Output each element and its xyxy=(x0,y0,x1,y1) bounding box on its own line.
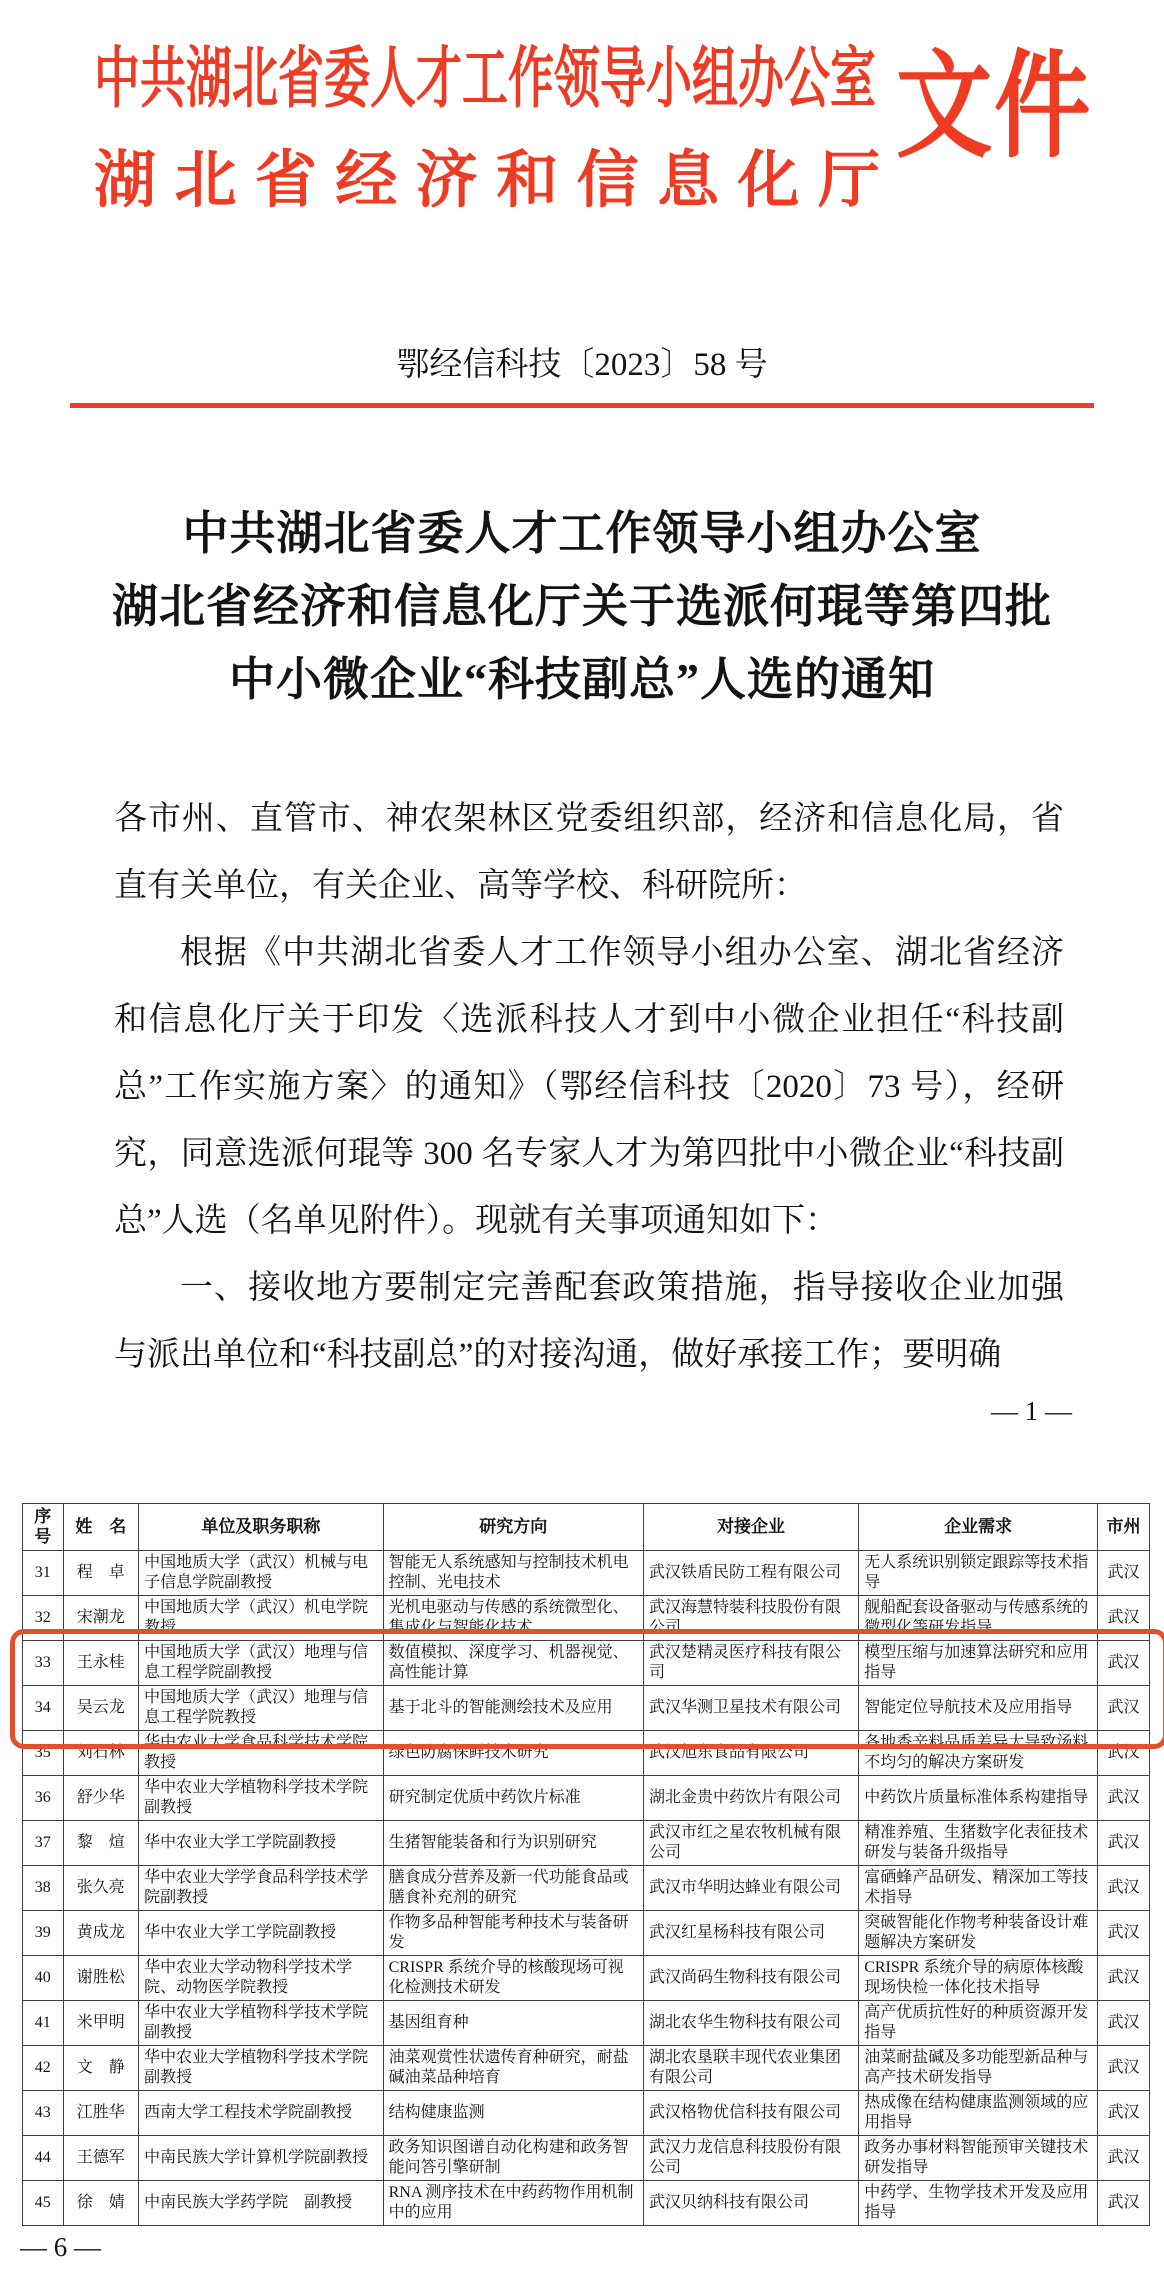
letterhead-doc-word: 文件 xyxy=(896,50,1092,166)
table-cell: 华中农业大学动物科学技术学院、动物医学院教授 xyxy=(139,1956,384,2001)
table-row: 39黄成龙华中农业大学工学院副教授作物多品种智能考种技术与装备研发武汉红星杨科技… xyxy=(23,1911,1150,1956)
table-cell: 王德军 xyxy=(63,2136,139,2181)
table-cell: 中国地质大学（武汉）机械与电子信息学院副教授 xyxy=(139,1551,384,1596)
roster-table-head: 序号姓 名单位及职务职称研究方向对接企业企业需求市州 xyxy=(23,1504,1150,1551)
table-cell: 38 xyxy=(23,1866,64,1911)
table-cell: 35 xyxy=(23,1731,64,1776)
table-cell: 徐 婧 xyxy=(63,2181,139,2226)
letterhead-char: 济 xyxy=(416,150,478,212)
table-cell: 武汉红星杨科技有限公司 xyxy=(643,1911,858,1956)
table-cell: 华中农业大学植物科学技术学院副教授 xyxy=(139,1776,384,1821)
table-header-cell: 姓 名 xyxy=(63,1504,139,1551)
table-cell: 智能无人系统感知与控制技术机电控制、光电技术 xyxy=(383,1551,643,1596)
table-cell: 吴云龙 xyxy=(63,1686,139,1731)
table-cell: 33 xyxy=(23,1641,64,1686)
table-cell: 智能定位导航技术及应用指导 xyxy=(859,1686,1098,1731)
table-cell: 中国地质大学（武汉）机电学院教授 xyxy=(139,1596,384,1641)
table-cell: 华中农业大学工学院副教授 xyxy=(139,1821,384,1866)
table-cell: 武汉华测卫星技术有限公司 xyxy=(643,1686,858,1731)
table-cell: 结构健康监测 xyxy=(383,2091,643,2136)
table-row: 44王德军中南民族大学计算机学院副教授政务知识图谱自动化构建和政务智能问答引擎研… xyxy=(23,2136,1150,2181)
table-row: 33王永桂中国地质大学（武汉）地理与信息工程学院副教授数值模拟、深度学习、机器视… xyxy=(23,1641,1150,1686)
table-row: 31程 卓中国地质大学（武汉）机械与电子信息学院副教授智能无人系统感知与控制技术… xyxy=(23,1551,1150,1596)
table-header-row: 序号姓 名单位及职务职称研究方向对接企业企业需求市州 xyxy=(23,1504,1150,1551)
letterhead-char: 厅 xyxy=(818,150,880,212)
table-cell: 44 xyxy=(23,2136,64,2181)
letterhead-char: 息 xyxy=(657,150,719,212)
table-cell: RNA 测序技术在中药药物作用机制中的应用 xyxy=(383,2181,643,2226)
table-header-cell: 研究方向 xyxy=(383,1504,643,1551)
table-cell: 武汉 xyxy=(1098,1551,1150,1596)
table-cell: 华中农业大学食品科学技术学院教授 xyxy=(139,1731,384,1776)
page-number-6: — 6 — xyxy=(20,2232,101,2263)
table-cell: 37 xyxy=(23,1821,64,1866)
table-cell: 中国地质大学（武汉）地理与信息工程学院副教授 xyxy=(139,1641,384,1686)
table-cell: 刘石林 xyxy=(63,1731,139,1776)
table-cell: 武汉 xyxy=(1098,1776,1150,1821)
table-header-cell: 单位及职务职称 xyxy=(139,1504,384,1551)
title-line-3: 中小微企业“科技副总”人选的通知 xyxy=(0,643,1164,716)
table-row: 37黎 煊华中农业大学工学院副教授生猪智能装备和行为识别研究武汉市红之星农牧机械… xyxy=(23,1821,1150,1866)
body-paragraph-salutation: 各市州、直管市、神农架林区党委组织部，经济和信息化局，省直有关单位，有关企业、高… xyxy=(114,786,1064,920)
document-body: 各市州、直管市、神农架林区党委组织部，经济和信息化局，省直有关单位，有关企业、高… xyxy=(114,786,1064,1389)
table-cell: 富硒蜂产品研发、精深加工等技术指导 xyxy=(859,1866,1098,1911)
table-cell: 武汉市华明达蜂业有限公司 xyxy=(643,1866,858,1911)
table-cell: 武汉 xyxy=(1098,1821,1150,1866)
body-paragraph-basis: 根据《中共湖北省委人才工作领导小组办公室、湖北省经济和信息化厅关于印发〈选派科技… xyxy=(114,920,1064,1255)
table-cell: 武汉 xyxy=(1098,1956,1150,2001)
table-cell: 基于北斗的智能测绘技术及应用 xyxy=(383,1686,643,1731)
table-cell: 湖北农华生物科技有限公司 xyxy=(643,2001,858,2046)
table-cell: 武汉铁盾民防工程有限公司 xyxy=(643,1551,858,1596)
table-cell: CRISPR 系统介导的核酸现场可视化检测技术研发 xyxy=(383,1956,643,2001)
table-cell: 米甲明 xyxy=(63,2001,139,2046)
roster-table-body: 31程 卓中国地质大学（武汉）机械与电子信息学院副教授智能无人系统感知与控制技术… xyxy=(23,1551,1150,2226)
table-cell: 39 xyxy=(23,1911,64,1956)
table-cell: CRISPR 系统介导的病原体核酸现场快检一体化技术指导 xyxy=(859,1956,1098,2001)
document-number: 鄂经信科技〔2023〕58 号 xyxy=(0,346,1164,386)
table-cell: 湖北农垦联丰现代农业集团有限公司 xyxy=(643,2046,858,2091)
table-row: 38张久亮华中农业大学学食品科学技术学院副教授膳食成分营养及新一代功能食品或膳食… xyxy=(23,1866,1150,1911)
table-cell: 中南民族大学计算机学院副教授 xyxy=(139,2136,384,2181)
table-row: 43江胜华西南大学工程技术学院副教授结构健康监测武汉格物优信科技有限公司热成像在… xyxy=(23,2091,1150,2136)
table-cell: 43 xyxy=(23,2091,64,2136)
table-cell: 武汉楚精灵医疗科技有限公司 xyxy=(643,1641,858,1686)
table-cell: 油菜耐盐碱及多功能型新品种与高产技术研发指导 xyxy=(859,2046,1098,2091)
letterhead-char: 经 xyxy=(335,150,397,212)
table-cell: 生猪智能装备和行为识别研究 xyxy=(383,1821,643,1866)
letterhead-char: 化 xyxy=(738,150,800,212)
table-cell: 中药饮片质量标准体系构建指导 xyxy=(859,1776,1098,1821)
table-cell: 武汉尚码生物科技有限公司 xyxy=(643,1956,858,2001)
document-page: 中共湖北省委人才工作领导小组办公室 湖北省经济和信息化厅 文件 鄂经信科技〔20… xyxy=(0,0,1164,2280)
table-row: 36舒少华华中农业大学植物科学技术学院副教授研究制定优质中药饮片标准湖北金贵中药… xyxy=(23,1776,1150,1821)
table-cell: 精准养殖、生猪数字化表征技术研发与装备升级指导 xyxy=(859,1821,1098,1866)
table-cell: 中药学、生物学技术开发及应用指导 xyxy=(859,2181,1098,2226)
table-cell: 宋潮龙 xyxy=(63,1596,139,1641)
table-cell: 王永桂 xyxy=(63,1641,139,1686)
table-cell: 绿色防腐保鲜技术研究 xyxy=(383,1731,643,1776)
table-cell: 40 xyxy=(23,1956,64,2001)
table-header-cell: 序号 xyxy=(23,1504,64,1551)
table-cell: 武汉旭东食品有限公司 xyxy=(643,1731,858,1776)
table-cell: 武汉 xyxy=(1098,1641,1150,1686)
table-cell: 41 xyxy=(23,2001,64,2046)
table-cell: 政务知识图谱自动化构建和政务智能问答引擎研制 xyxy=(383,2136,643,2181)
table-cell: 华中农业大学植物科学技术学院副教授 xyxy=(139,2046,384,2091)
roster-table: 序号姓 名单位及职务职称研究方向对接企业企业需求市州 31程 卓中国地质大学（武… xyxy=(22,1503,1150,2226)
table-cell: 膳食成分营养及新一代功能食品或膳食补充剂的研究 xyxy=(383,1866,643,1911)
table-cell: 数值模拟、深度学习、机器视觉、高性能计算 xyxy=(383,1641,643,1686)
letterhead-char: 和 xyxy=(496,150,558,212)
table-cell: 武汉力龙信息科技股份有限公司 xyxy=(643,2136,858,2181)
table-cell: 基因组育种 xyxy=(383,2001,643,2046)
table-cell: 武汉 xyxy=(1098,2181,1150,2226)
table-cell: 武汉贝纳科技有限公司 xyxy=(643,2181,858,2226)
table-cell: 36 xyxy=(23,1776,64,1821)
table-cell: 模型压缩与加速算法研究和应用指导 xyxy=(859,1641,1098,1686)
table-cell: 政务办事材料智能预审关键技术研发指导 xyxy=(859,2136,1098,2181)
table-row: 32宋潮龙中国地质大学（武汉）机电学院教授光机电驱动与传感的系统微型化、集成化与… xyxy=(23,1596,1150,1641)
table-cell: 文 静 xyxy=(63,2046,139,2091)
table-cell: 武汉市红之星农牧机械有限公司 xyxy=(643,1821,858,1866)
table-cell: 热成像在结构健康监测领域的应用指导 xyxy=(859,2091,1098,2136)
table-cell: 油菜观赏性状遗传育种研究，耐盐碱油菜品种培育 xyxy=(383,2046,643,2091)
body-paragraph-item-1: 一、接收地方要制定完善配套政策措施，指导接收企业加强与派出单位和“科技副总”的对… xyxy=(114,1255,1064,1389)
table-header-cell: 市州 xyxy=(1098,1504,1150,1551)
table-cell: 武汉格物优信科技有限公司 xyxy=(643,2091,858,2136)
table-row: 42文 静华中农业大学植物科学技术学院副教授油菜观赏性状遗传育种研究，耐盐碱油菜… xyxy=(23,2046,1150,2091)
table-header-cell: 企业需求 xyxy=(859,1504,1098,1551)
table-cell: 华中农业大学植物科学技术学院副教授 xyxy=(139,2001,384,2046)
table-cell: 黎 煊 xyxy=(63,1821,139,1866)
table-cell: 江胜华 xyxy=(63,2091,139,2136)
table-cell: 华中农业大学学食品科学技术学院副教授 xyxy=(139,1866,384,1911)
table-cell: 光机电驱动与传感的系统微型化、集成化与智能化技术 xyxy=(383,1596,643,1641)
table-cell: 西南大学工程技术学院副教授 xyxy=(139,2091,384,2136)
table-row: 35刘石林华中农业大学食品科学技术学院教授绿色防腐保鲜技术研究武汉旭东食品有限公… xyxy=(23,1731,1150,1776)
letterhead-char: 北 xyxy=(174,150,236,212)
table-cell: 武汉 xyxy=(1098,1596,1150,1641)
page-number-1: — 1 — xyxy=(991,1396,1072,1427)
red-rule-divider xyxy=(70,403,1094,408)
letterhead-char: 湖 xyxy=(94,150,156,212)
table-cell: 各地香辛料品质差异大导致汤料不均匀的解决方案研发 xyxy=(859,1731,1098,1776)
table-cell: 华中农业大学工学院副教授 xyxy=(139,1911,384,1956)
table-cell: 突破智能化作物考种装备设计难题解决方案研发 xyxy=(859,1911,1098,1956)
table-cell: 武汉 xyxy=(1098,1866,1150,1911)
title-line-1: 中共湖北省委人才工作领导小组办公室 xyxy=(0,497,1164,570)
table-row: 40谢胜松华中农业大学动物科学技术学院、动物医学院教授CRISPR 系统介导的核… xyxy=(23,1956,1150,2001)
table-cell: 作物多品种智能考种技术与装备研发 xyxy=(383,1911,643,1956)
table-cell: 黄成龙 xyxy=(63,1911,139,1956)
table-cell: 张久亮 xyxy=(63,1866,139,1911)
table-cell: 中南民族大学药学院 副教授 xyxy=(139,2181,384,2226)
table-cell: 中国地质大学（武汉）地理与信息工程学院教授 xyxy=(139,1686,384,1731)
table-cell: 武汉 xyxy=(1098,2046,1150,2091)
title-line-2: 湖北省经济和信息化厅关于选派何琨等第四批 xyxy=(0,570,1164,643)
document-title: 中共湖北省委人才工作领导小组办公室 湖北省经济和信息化厅关于选派何琨等第四批 中… xyxy=(0,497,1164,716)
table-cell: 武汉 xyxy=(1098,1911,1150,1956)
table-cell: 程 卓 xyxy=(63,1551,139,1596)
table-cell: 武汉 xyxy=(1098,2001,1150,2046)
table-cell: 武汉海慧特装科技股份有限公司 xyxy=(643,1596,858,1641)
table-cell: 舰船配套设备驱动与传感系统的微型化等研发指导 xyxy=(859,1596,1098,1641)
letterhead-char: 省 xyxy=(255,150,317,212)
table-cell: 42 xyxy=(23,2046,64,2091)
table-cell: 武汉 xyxy=(1098,2136,1150,2181)
table-cell: 谢胜松 xyxy=(63,1956,139,2001)
table-cell: 34 xyxy=(23,1686,64,1731)
table-row: 41米甲明华中农业大学植物科学技术学院副教授基因组育种湖北农华生物科技有限公司高… xyxy=(23,2001,1150,2046)
table-cell: 无人系统识别锁定跟踪等技术指导 xyxy=(859,1551,1098,1596)
letterhead-char: 信 xyxy=(577,150,639,212)
letterhead-org-line-1: 中共湖北省委人才工作领导小组办公室 xyxy=(94,46,876,113)
table-cell: 湖北金贵中药饮片有限公司 xyxy=(643,1776,858,1821)
table-cell: 武汉 xyxy=(1098,1686,1150,1731)
table-header-cell: 对接企业 xyxy=(643,1504,858,1551)
table-cell: 武汉 xyxy=(1098,1731,1150,1776)
table-cell: 31 xyxy=(23,1551,64,1596)
table-cell: 研究制定优质中药饮片标准 xyxy=(383,1776,643,1821)
table-cell: 45 xyxy=(23,2181,64,2226)
letterhead-org-line-2: 湖北省经济和信息化厅 xyxy=(94,150,880,212)
table-row: 34吴云龙中国地质大学（武汉）地理与信息工程学院教授基于北斗的智能测绘技术及应用… xyxy=(23,1686,1150,1731)
table-row: 45徐 婧中南民族大学药学院 副教授RNA 测序技术在中药药物作用机制中的应用武… xyxy=(23,2181,1150,2226)
table-cell: 武汉 xyxy=(1098,2091,1150,2136)
table-cell: 高产优质抗性好的种质资源开发指导 xyxy=(859,2001,1098,2046)
table-cell: 舒少华 xyxy=(63,1776,139,1821)
table-cell: 32 xyxy=(23,1596,64,1641)
